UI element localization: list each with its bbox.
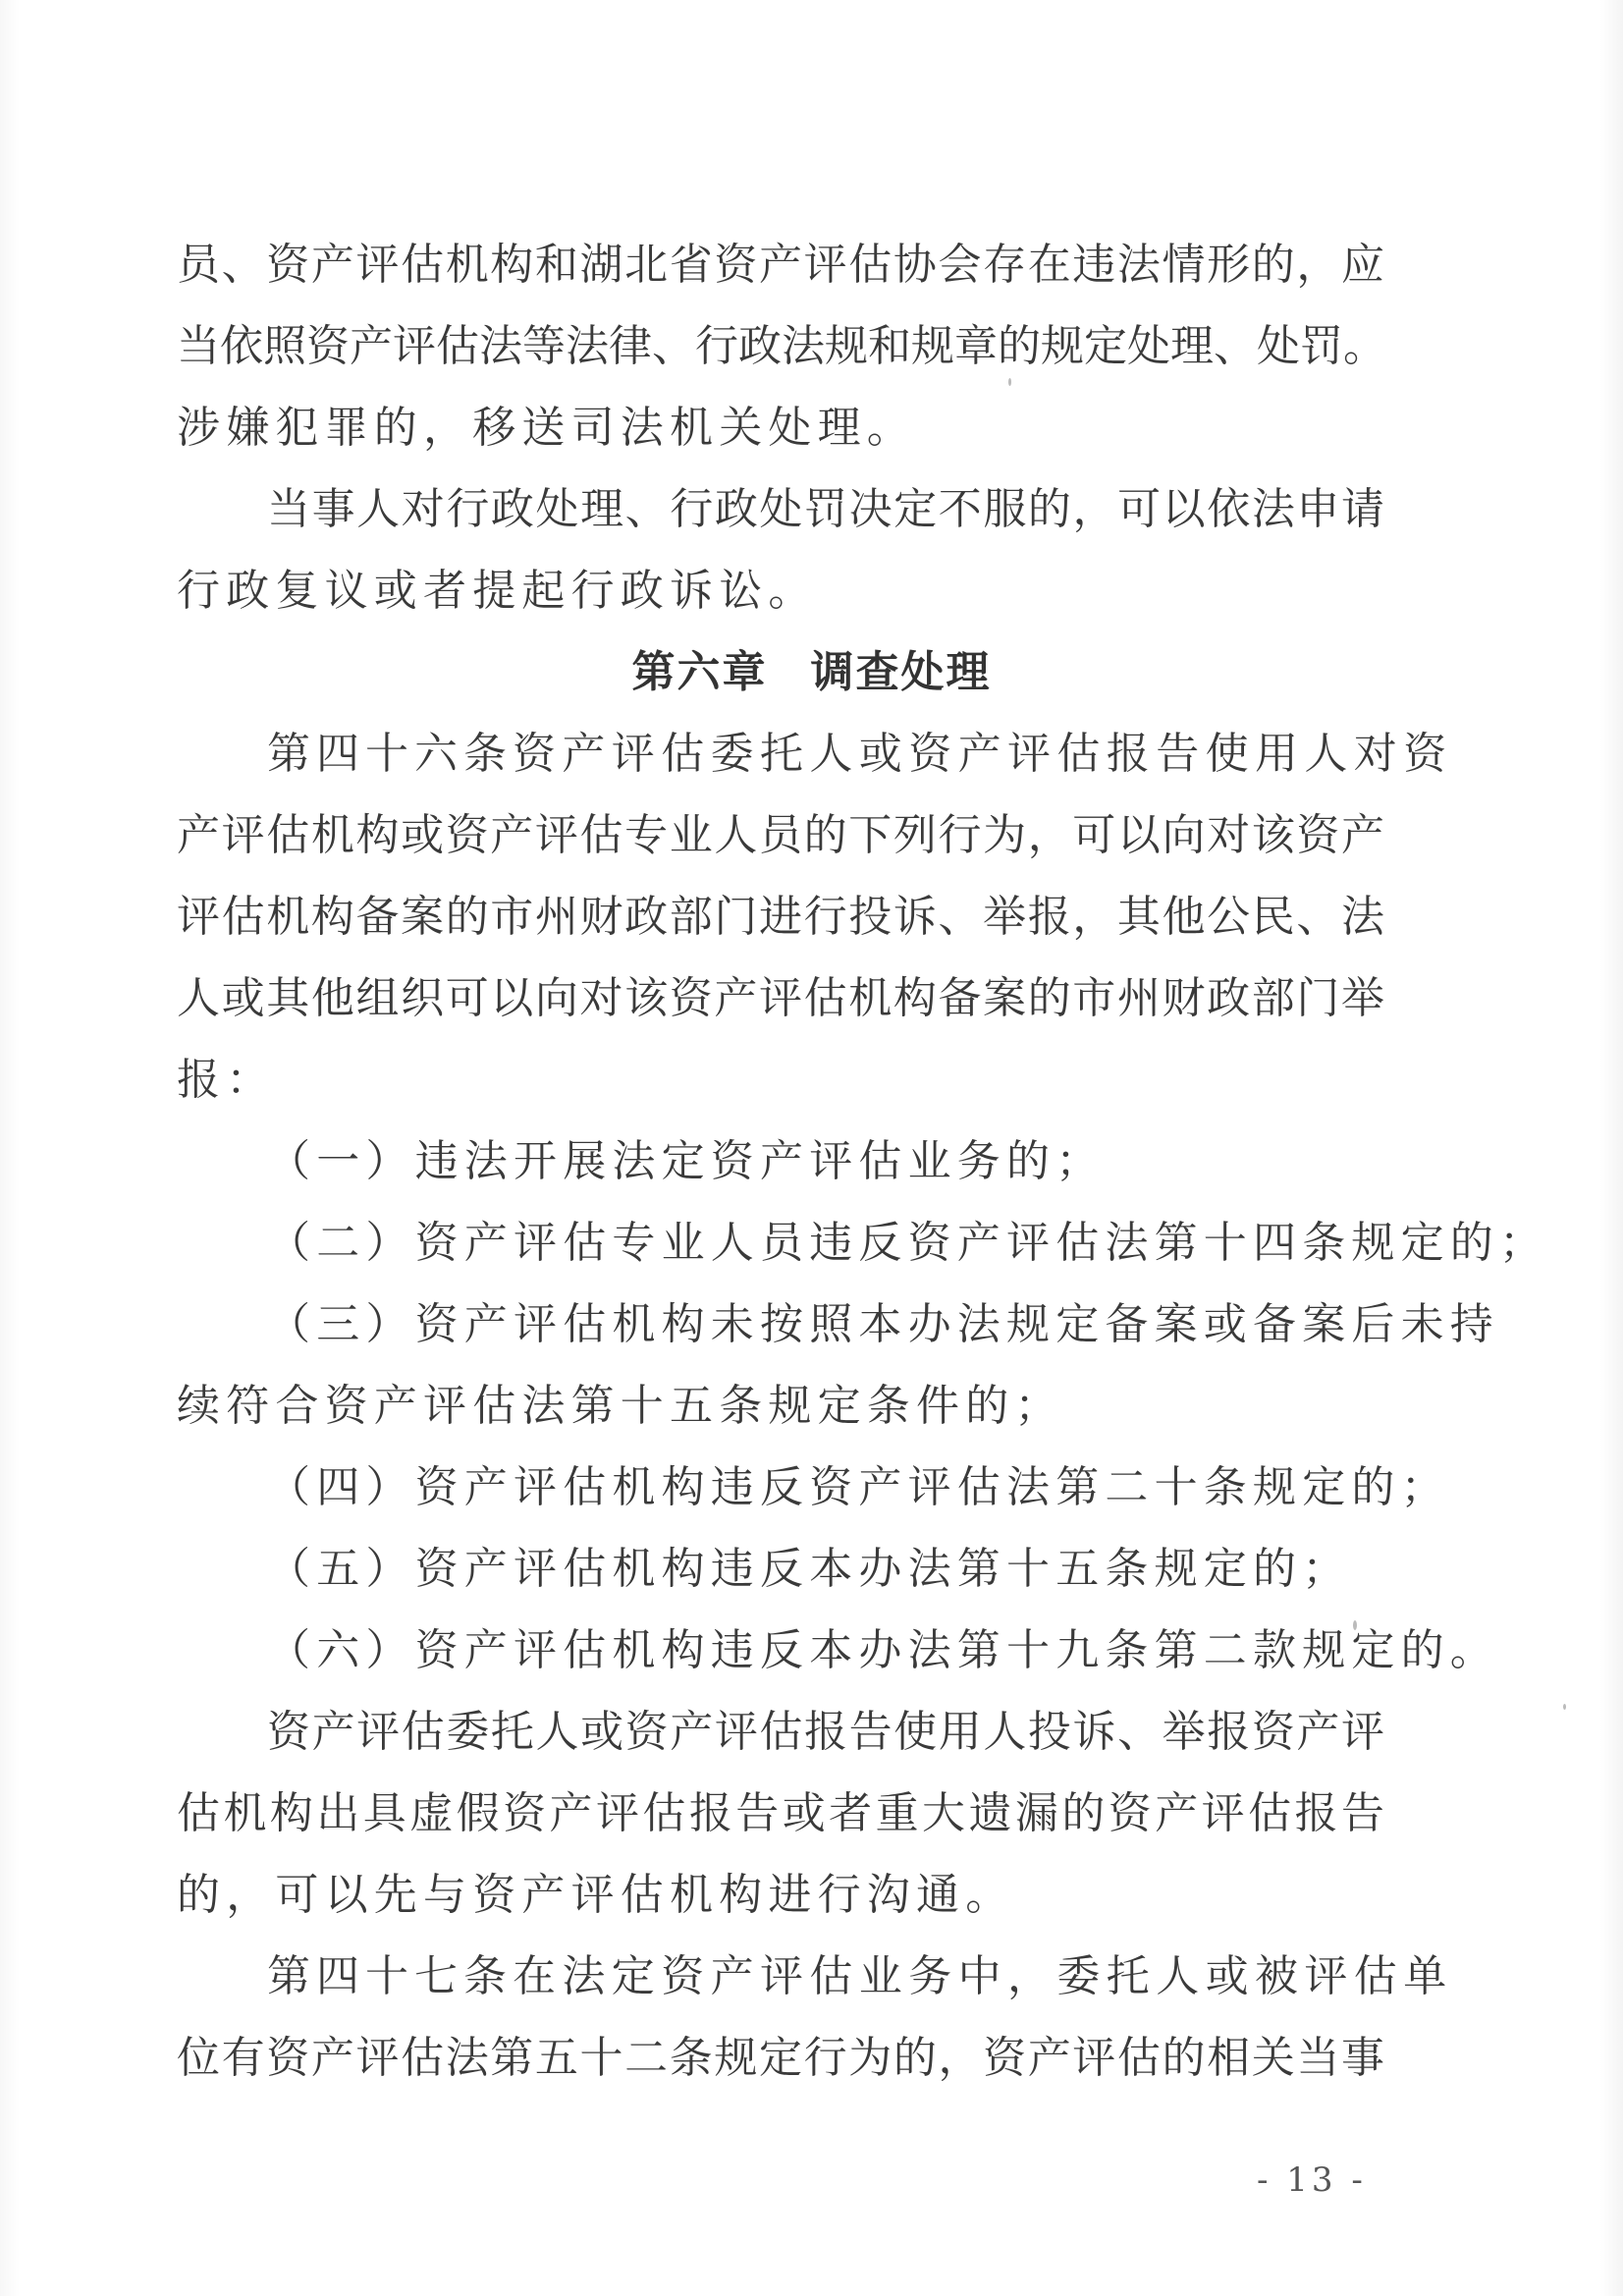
paragraph-line: 报： bbox=[177, 1051, 1384, 1110]
list-item: （四）资产评估机构违反资产评估法第二十条规定的； bbox=[267, 1458, 1475, 1517]
page-number: - 13 - bbox=[1257, 2160, 1367, 2200]
chapter-title: 调查处理 bbox=[811, 647, 992, 697]
item-label: （二） bbox=[267, 1218, 415, 1268]
list-item-continuation: 续符合资产评估法第十五条规定条件的； bbox=[177, 1377, 1384, 1436]
paragraph-line: 涉嫌犯罪的，移送司法机关处理。 bbox=[177, 399, 1384, 458]
item-text: 资产评估机构未按照本办法规定备案或备案后未持 bbox=[415, 1299, 1499, 1349]
list-item: （一）违法开展法定资产评估业务的； bbox=[267, 1132, 1475, 1191]
item-label: （五） bbox=[267, 1544, 415, 1594]
item-label: （三） bbox=[267, 1299, 415, 1349]
scan-speck bbox=[1008, 378, 1011, 386]
document-page: 员、资产评估机构和湖北省资产评估协会存在违法情形的，应 当依照资产评估法等法律、… bbox=[0, 0, 1623, 2296]
item-text: 违法开展法定资产评估业务的； bbox=[415, 1136, 1106, 1186]
paragraph-line: 人或其他组织可以向对该资产评估机构备案的市州财政部门举 bbox=[177, 969, 1384, 1028]
chapter-number: 第六章 bbox=[632, 647, 768, 697]
article-number: 第四十七条 bbox=[267, 1947, 513, 2006]
article-46-first-line: 第四十六条 资产评估委托人或资产评估报告使用人对资 bbox=[267, 725, 1384, 784]
paragraph-line: 评估机构备案的市州财政部门进行投诉、举报，其他公民、法 bbox=[177, 888, 1384, 947]
paragraph-line: 当事人对行政处理、行政处罚决定不服的，可以依法申请 bbox=[267, 480, 1384, 539]
item-label: （一） bbox=[267, 1136, 415, 1186]
article-text: 在法定资产评估业务中，委托人或被评估单 bbox=[513, 1947, 1453, 2006]
list-item: （二）资产评估专业人员违反资产评估法第十四条规定的； bbox=[267, 1214, 1475, 1273]
item-text: 资产评估机构违反资产评估法第二十条规定的； bbox=[415, 1462, 1450, 1512]
chapter-heading: 第六章调查处理 bbox=[0, 643, 1623, 702]
paragraph-line: 产评估机构或资产评估专业人员的下列行为，可以向对该资产 bbox=[177, 806, 1384, 865]
article-number: 第四十六条 bbox=[267, 725, 513, 784]
paragraph-line: 行政复议或者提起行政诉讼。 bbox=[177, 562, 1384, 621]
paragraph-line: 员、资产评估机构和湖北省资产评估协会存在违法情形的，应 bbox=[177, 236, 1384, 295]
paragraph-line: 资产评估委托人或资产评估报告使用人投诉、举报资产评 bbox=[267, 1703, 1384, 1762]
item-text: 资产评估机构违反本办法第十九条第二款规定的。 bbox=[415, 1625, 1499, 1675]
item-text: 资产评估机构违反本办法第十五条规定的； bbox=[415, 1544, 1352, 1594]
item-label: （四） bbox=[267, 1462, 415, 1512]
article-47-first-line: 第四十七条 在法定资产评估业务中，委托人或被评估单 bbox=[267, 1947, 1384, 2006]
item-label: （六） bbox=[267, 1625, 415, 1675]
scan-speck bbox=[1563, 1704, 1566, 1710]
list-item: （五）资产评估机构违反本办法第十五条规定的； bbox=[267, 1540, 1475, 1599]
scan-speck bbox=[1353, 1620, 1357, 1630]
paragraph-line: 估机构出具虚假资产评估报告或者重大遗漏的资产评估报告 bbox=[177, 1784, 1384, 1843]
item-text: 资产评估专业人员违反资产评估法第十四条规定的； bbox=[415, 1218, 1549, 1268]
article-text: 资产评估委托人或资产评估报告使用人对资 bbox=[513, 725, 1453, 784]
paragraph-line: 的，可以先与资产评估机构进行沟通。 bbox=[177, 1866, 1384, 1925]
list-item: （三）资产评估机构未按照本办法规定备案或备案后未持 bbox=[267, 1295, 1475, 1354]
paragraph-line: 位有资产评估法第五十二条规定行为的，资产评估的相关当事 bbox=[177, 2029, 1384, 2088]
list-item: （六）资产评估机构违反本办法第十九条第二款规定的。 bbox=[267, 1621, 1475, 1680]
paragraph-line: 当依照资产评估法等法律、行政法规和规章的规定处理、处罚。 bbox=[177, 317, 1384, 376]
